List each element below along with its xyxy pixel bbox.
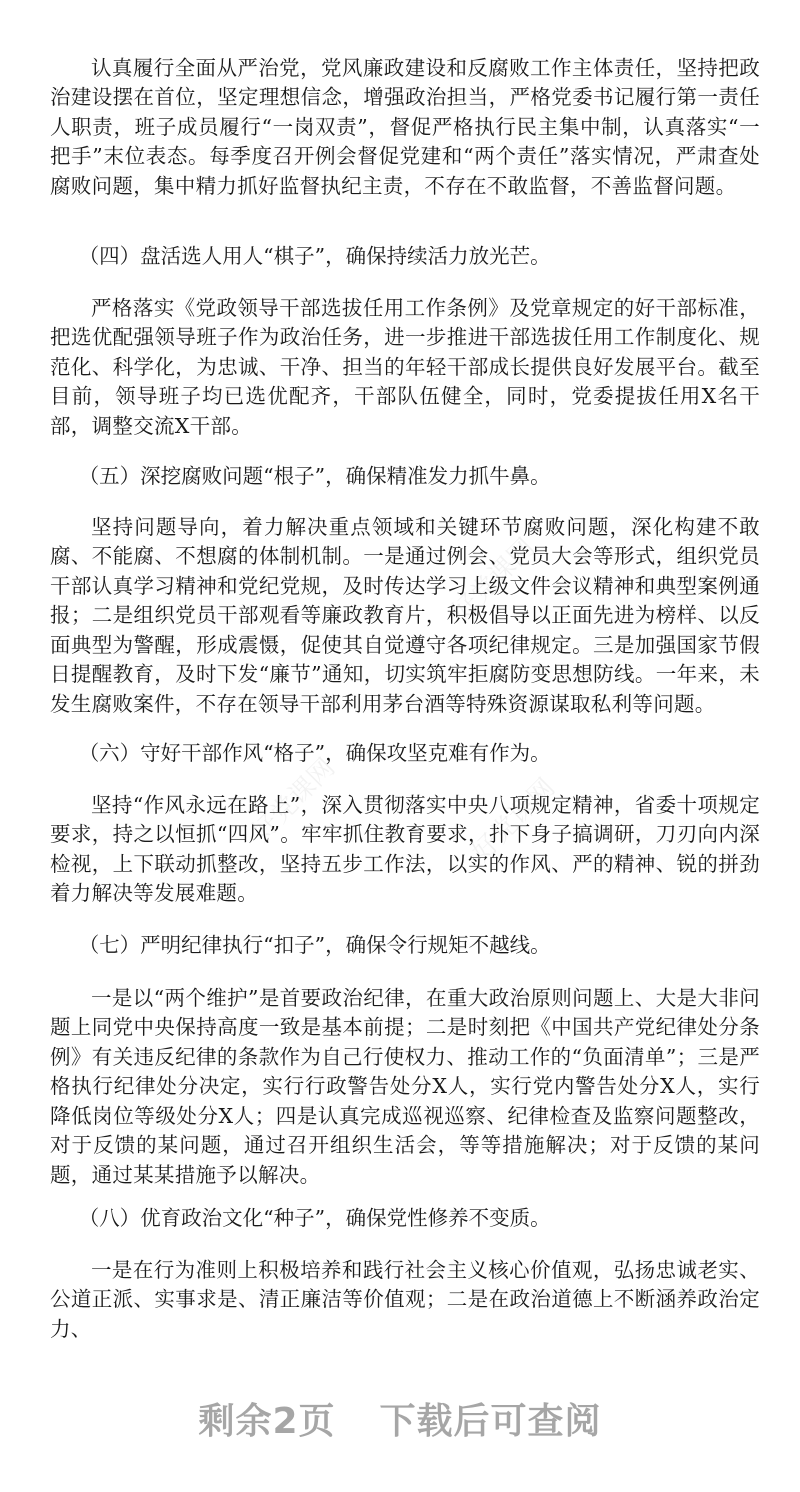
heading-section-5: （五）深挖腐败问题“根子”，确保精准发力抓牛鼻。 <box>50 462 760 492</box>
download-to-view-label[interactable]: 下载后可查阅 <box>380 1393 602 1444</box>
paragraph-responsibility: 认真履行全面从严治党，党风廉政建设和反腐败工作主体责任，坚持把政治建设摆在首位，… <box>50 54 760 202</box>
heading-section-8: （八）优育政治文化“种子”，确保党性修养不变质。 <box>50 1204 760 1234</box>
heading-section-4: （四）盘活选人用人“棋子”，确保持续活力放光芒。 <box>50 242 760 272</box>
paragraph-work-style: 坚持“作风永远在路上”，深入贯彻落实中央八项规定精神，省委十项规定要求，持之以恒… <box>50 791 760 909</box>
remaining-pages-label: 剩余2页 <box>198 1393 335 1444</box>
paragraph-anti-corruption: 坚持问题导向，着力解决重点领域和关键环节腐败问题，深化构建不敢腐、不能腐、不想腐… <box>50 513 760 720</box>
heading-section-6: （六）守好干部作风“格子”，确保攻坚克难有作为。 <box>50 739 760 769</box>
paragraph-political-culture: 一是在行为准则上积极培养和践行社会主义核心价值观，弘扬忠诚老实、公道正派、实事求… <box>50 1256 760 1345</box>
heading-section-7: （七）严明纪律执行“扣子”，确保令行规矩不越线。 <box>50 931 760 961</box>
paragraph-cadre-selection: 严格落实《党政领导干部选拔任用工作条例》及党章规定的好干部标准，把选优配强领导班… <box>50 294 760 442</box>
paragraph-discipline: 一是以“两个维护”是首要政治纪律，在重大政治原则问题上、大是大非问题上同党中央保… <box>50 984 760 1191</box>
download-prompt-banner[interactable]: 剩余2页下载后可查阅 <box>0 1393 800 1444</box>
